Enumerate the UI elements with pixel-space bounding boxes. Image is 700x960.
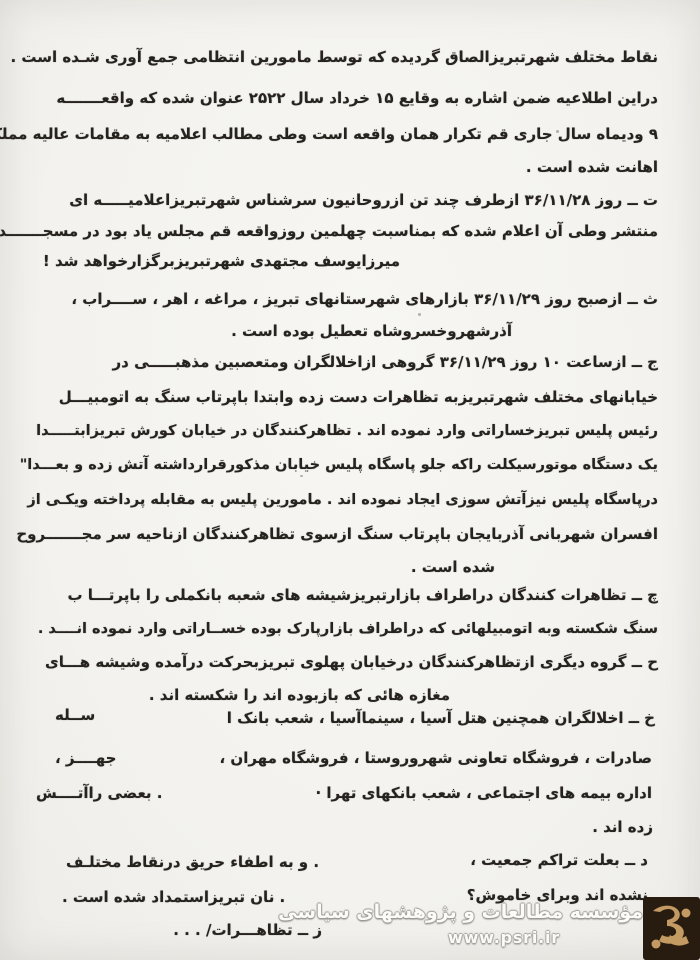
item-jim-line-2: خیابانهای مختلف شهرتبریزبه تظاهرات دست ز…: [59, 386, 658, 408]
item-se-line-1: ث ــ ازصبح روز ۳۶/۱۱/۲۹ بازارهای شهرستان…: [71, 288, 658, 310]
watermark-org-name: مؤسسه مطالعات و پژوهشهای سیاسی: [278, 901, 643, 923]
item-khe-line-2-fragment: جهــــز ،: [55, 747, 116, 769]
item-jim-line-3: رئیس پلیس تبریزخساراتی وارد نموده اند . …: [36, 420, 658, 442]
item-dal-right-1: د ــ بعلت تراکم جمعیت ،: [470, 849, 648, 871]
item-khe-line-4: زده اند .: [592, 816, 653, 838]
item-jim-line-6: افسران شهربانی آذربایجان باپرتاب سنگ ازس…: [16, 523, 658, 545]
item-che-line-2: سنگ شکسته وبه اتومبیلهائی که دراطراف باز…: [38, 618, 658, 640]
item-jim-line-4: یک دستگاه موتورسیکلت راکه جلو پاسگاه پلی…: [20, 454, 658, 476]
item-che-line-1: چ ــ تظاهرات کنندگان دراطراف بازارتبریزش…: [67, 584, 658, 606]
scan-speck: [418, 313, 421, 316]
item-khe-line-3-fragment: . بعضی راآتــــش: [36, 782, 162, 804]
item-khe-line-1-fragment: ســله: [55, 704, 95, 726]
item-khe-line-1: خ ــ اخلالگران همچنین هتل آسیا ، سینماآس…: [227, 707, 655, 729]
item-khe-line-3: اداره بیمه های اجتماعی ، شعب بانکهای تهر…: [315, 782, 652, 804]
item-dal-fragment-2: . نان تبریزاستمداد شده است .: [62, 886, 285, 908]
watermark-website: www.psri.ir: [448, 928, 560, 947]
intro-line-1: نقاط مختلف شهرتبریزالصاق گردیده که توسط …: [10, 46, 658, 68]
item-se-line-2: آذرشهروخسروشاه تعطیل بوده است .: [231, 320, 512, 342]
item-te-line-1: ت ــ روز ۳۶/۱۱/۲۸ ازطرف چند تن ازروحانیو…: [69, 189, 658, 211]
item-dal-fragment-1: . و به اطفاء حریق درنقاط مختلـف: [66, 851, 319, 873]
item-te-line-3: میرزایوسف مجتهدی شهرتبریزبرگزارخواهد شد …: [43, 250, 400, 272]
intro-line-3: ۹ ودیماه سال جاری قم تکرار همان واقعه اس…: [0, 123, 658, 145]
item-te-line-2: منتشر وطی آن اعلام شده که بمناسبت چهلمین…: [0, 220, 658, 242]
intro-line-2: دراین اطلاعیه ضمن اشاره به وقایع ۱۵ خردا…: [56, 87, 658, 109]
scan-speck: [300, 475, 303, 477]
psri-logo-icon: [643, 897, 700, 960]
item-jim-line-5: درپاسگاه پلیس نیزآتش سوزی ایجاد نموده ان…: [27, 489, 658, 511]
scan-speck: [556, 130, 559, 133]
item-he-line-1: ح ــ گروه دیگری ازتظاهرکنندگان درخیابان …: [45, 651, 658, 673]
item-he-line-2: مغازه هائی که بازبوده اند را شکسته اند .: [149, 684, 450, 706]
item-jim-line-1: ج ــ ازساعت ۱۰ روز ۳۶/۱۱/۲۹ گروهی ازاخلا…: [113, 351, 658, 373]
intro-line-4: اهانت شده است .: [526, 156, 658, 178]
item-khe-line-2: صادرات ، فروشگاه تعاونی شهروروستا ، فروش…: [219, 747, 652, 769]
item-jim-line-7: شده است .: [411, 556, 495, 578]
scanned-document-page: نقاط مختلف شهرتبریزالصاق گردیده که توسط …: [0, 0, 700, 960]
